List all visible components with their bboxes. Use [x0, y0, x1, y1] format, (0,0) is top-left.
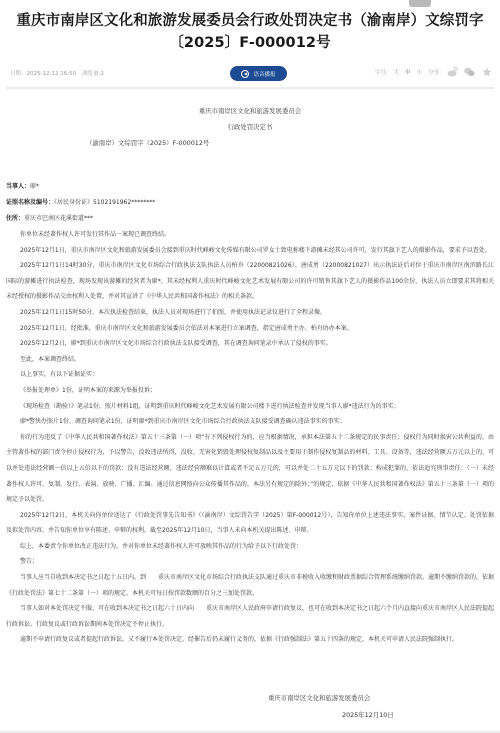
weibo-icon[interactable] — [447, 66, 458, 77]
party-id-value: 《居民身份证》5102191962******** — [54, 199, 155, 206]
font-size-label: 字号: — [375, 68, 388, 76]
page-title: 重庆市南岸区文化和旅游发展委员会行政处罚决定书（渝南岸）文综罚字〔2025〕F-… — [0, 0, 500, 54]
voice-broadcast-button[interactable]: ◀ 语音播报 — [230, 66, 287, 81]
paragraph: 2025年12月1日14时30分，重庆市南岸区文化市场综合行政执法支队执法人员柏… — [6, 258, 494, 305]
document-type: 行政处罚决定书 — [6, 119, 494, 135]
view-count: 浏览量:2 — [82, 69, 104, 77]
party-name-row: 当事人：廖* — [6, 179, 494, 195]
payment-instructions: 当事人应当自收到本决定书之日起十五日内，到 重庆市南岸区文化市场综合行政执法支队… — [6, 570, 494, 601]
party-name-value: 廖* — [30, 183, 39, 190]
party-name-label: 当事人： — [6, 183, 30, 190]
article-meta-bar: 日期：2025-12-12 16:50 浏览量:2 ◀ 语音播报 字号: 大 中… — [6, 63, 494, 89]
party-address-row: 住所：重庆市巴南区花溪街道*** — [6, 211, 494, 227]
font-size-small[interactable]: 小 — [417, 68, 423, 76]
font-size-medium[interactable]: 中 — [405, 68, 411, 76]
share-label: 分享: — [428, 68, 441, 76]
paragraph: 2025年12月1日15时50分，本次执法检查结束，执法人员对现场进行了拍照，并… — [6, 305, 494, 321]
paragraph: 2025年12月1日，重庆市南岸区文化和旅游发展委员会接到重庆时代峰峻文化传媒有… — [6, 243, 494, 259]
evidence-item: 《现场检查（勘验）》笔录1份，照片材料1组，证明到重庆时代峰峻文化艺术发展有限公… — [6, 399, 494, 415]
publish-date: 日期：2025-12-12 16:50 — [10, 69, 76, 77]
party-address-value: 重庆市巴南区花溪街道*** — [24, 215, 93, 222]
voice-broadcast-label: 语音播报 — [253, 70, 275, 78]
party-info: 当事人：廖* 证照名称及编号：《居民身份证》5102191962********… — [6, 179, 494, 227]
paragraph: 以上事实，有以下证据证实： — [6, 367, 494, 383]
signature-date: 2025年12月10日 — [268, 707, 494, 724]
meta-tools: 字号: 大 中 小 分享: — [375, 66, 492, 77]
legal-basis-paragraph: 你的行为违反了《中华人民共和国著作权法》第五十三条第（一）项“有下列侵权行为的，… — [6, 430, 494, 508]
favorite-star-icon[interactable] — [481, 66, 492, 77]
party-address-label: 住所： — [6, 215, 24, 222]
party-id-label: 证照名称及编号： — [6, 199, 54, 206]
evidence-item: 廖*警快办照片1份、调查询问笔录1份，证明廖*到重庆市南岸区文化市场综合行政执法… — [6, 414, 494, 430]
penalty-summary: 综上，本委责令你单位改正违法行为，并对你单位未经著作权人许可放映其作品的行为给予… — [6, 539, 494, 555]
paragraph: 2025年12月2日，廖*到重庆市南岸区文化市场综合行政执法支队接受调查，其在调… — [6, 336, 494, 352]
paragraph: 至此，本案调查终结。 — [6, 352, 494, 368]
signature-organization: 重庆市南岸区文化和旅游发展委员会 — [268, 690, 494, 707]
wechat-icon[interactable] — [464, 66, 475, 77]
document-header: 重庆市南岸区文化和旅游发展委员会 行政处罚决定书 — [6, 103, 494, 135]
signature-block: 重庆市南岸区文化和旅游发展委员会 2025年12月10日 — [6, 690, 494, 724]
paragraph: 2025年12月1日，经批准，重庆市南岸区文化和旅游发展委员会依法对本案进行立案… — [6, 321, 494, 337]
appeal-rights: 当事人如对本处罚决定不服，可在收到本决定书之日起六十日内向 重庆市南岸区人民政府… — [6, 601, 494, 632]
document-body: 重庆市南岸区文化和旅游发展委员会 行政处罚决定书 （渝南岸）文综罚字（2025）… — [0, 103, 500, 724]
paragraph: 你单位未经著作权人许可发行其作品一案现已调查终结。 — [6, 227, 494, 243]
speaker-icon: ◀ — [241, 70, 249, 78]
penalty-item: 警告； — [6, 554, 494, 570]
enforcement-notice: 逾期不申请行政复议或者提起行政诉讼，又不履行本处罚决定，经催告后仍未履行义务的，… — [6, 632, 494, 648]
top-corner-badge — [409, 0, 431, 7]
meta-info: 日期：2025-12-12 16:50 浏览量:2 — [10, 69, 104, 77]
evidence-item: 《举报处理单》1份，证明本案的来源为举报投诉； — [6, 383, 494, 399]
party-id-row: 证照名称及编号：《居民身份证》5102191962******** — [6, 195, 494, 211]
issuing-organization: 重庆市南岸区文化和旅游发展委员会 — [6, 103, 494, 119]
paragraph: 2025年12月2日，本机关向你单位送达了《行政处罚事先告知书》（（渝南岸）文综… — [6, 508, 494, 539]
document-reference-number: （渝南岸）文综罚字（2025）F-000012号 — [6, 135, 494, 151]
font-size-large[interactable]: 大 — [394, 68, 400, 76]
